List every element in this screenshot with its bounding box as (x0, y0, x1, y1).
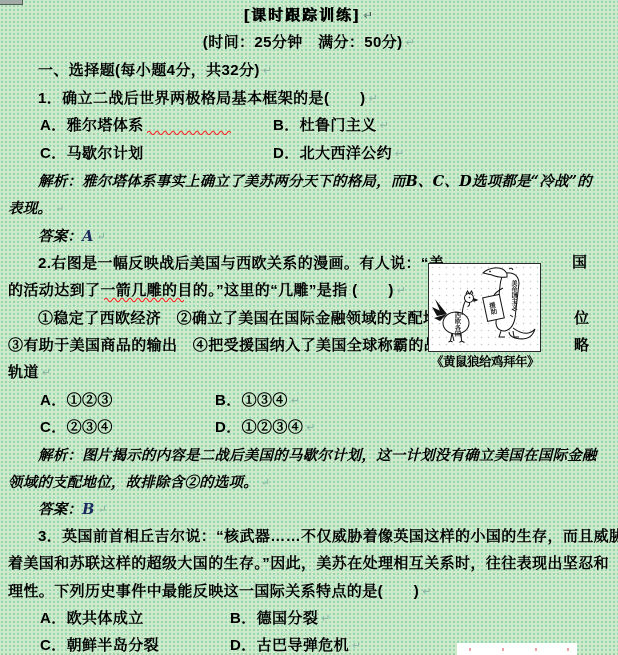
artifact-mark (567, 648, 569, 651)
window-corner-fragment (0, 0, 23, 5)
q1-stem: 1．确立二战后世界两极格局基本框架的是( )↵ (38, 89, 378, 109)
q2-stem-text-1: 2.右图是一幅反映战后美国与西欧关系的漫画。有人说：“美 (38, 255, 444, 272)
exam-title: [课时跟踪训练]↵ (0, 6, 618, 26)
q1-analysis-line-2: 表现。↵ (8, 199, 65, 219)
rooster-label: 西欧各国 (454, 311, 461, 338)
q1-option-b-text: B．杜鲁门主义 (273, 117, 377, 134)
q1-answer-value: A (82, 228, 93, 245)
artifact-mark (535, 648, 537, 651)
q3-stem-text-3: 理性。下列历史事件中最能反映这一国际关系特点的是( ) (8, 583, 419, 600)
cartoon-caption: 《黄鼠狼给鸡拜年》 (420, 352, 550, 370)
document-page: [课时跟踪训练]↵ (时间：25分钟 满分：50分)↵ 一、选择题(每小题4分，… (0, 0, 618, 655)
artifact-mark (502, 648, 504, 651)
q3-stem-text-2: 着美国和苏联这样的超级大国的生存。”因此，美苏在处理相互关系时，往往表现出坚忍和 (8, 555, 609, 572)
paragraph-mark: ↵ (369, 93, 379, 105)
q1-option-d: D．北大西洋公约↵ (273, 144, 405, 164)
q2-stem-text-2: 的活动达到了一箭几雕的目的。”这里的“几雕”是指 ( ) (8, 282, 394, 299)
q2-option-d-text: D．①②③④ (215, 419, 303, 436)
q2-stem-line-1: 2.右图是一幅反映战后美国与西欧关系的漫画。有人说：“美 (38, 254, 444, 274)
q2-analysis-text-1: 图片揭示的内容是二战后美国的马歇尔计划，这一计划没有确立美国在国际金融 (82, 447, 597, 464)
q2-option-a: A．①②③ (40, 392, 113, 409)
artifact-mark (469, 648, 471, 651)
q2-options-row-2: C．②③④ D．①②③④↵ (40, 418, 600, 438)
q2-analysis-text-2: 领域的支配地位，故排除含②的选项。 (8, 474, 258, 491)
q1-options-row-2: C．马歇尔计划 D．北大西洋公约↵ (40, 144, 600, 164)
q2-wrapped-char-2: 位 (574, 307, 589, 328)
q3-option-a: A．欧共体成立 (40, 610, 144, 627)
paragraph-mark: ↵ (97, 230, 106, 243)
q1-analysis-text-2: 表现。 (8, 200, 52, 217)
paragraph-mark: ↵ (55, 202, 64, 215)
paragraph-mark: ↵ (261, 476, 270, 489)
paragraph-mark: ↵ (306, 422, 316, 434)
q1-option-b: B．杜鲁门主义↵ (273, 116, 389, 136)
section-heading-text: 一、选择题(每小题4分，共32分) (38, 62, 260, 79)
q1-analysis-text-1: 雅尔塔体系事实上确立了美苏两分天下的格局，而B、C、D选项都是“冷战”的 (82, 173, 592, 190)
q2-wrapped-char-1: 国 (572, 251, 587, 272)
paragraph-mark: ↵ (406, 37, 416, 49)
spellcheck-squiggle (147, 129, 231, 135)
paragraph-mark: ↵ (380, 120, 390, 132)
q2-item-text-1: ①稳定了西欧经济 ②确立了美国在国际金融领域的支配地 (38, 310, 438, 327)
q2-answer-line: 答案：B↵ (38, 500, 107, 520)
q3-options-row-1: A．欧共体成立 B．德国分裂↵ (40, 609, 600, 629)
q3-option-b: B．德国分裂↵ (230, 609, 331, 629)
q1-options-row-1: A．雅尔塔体系 B．杜鲁门主义↵ (40, 116, 600, 136)
q2-analysis-line-1: 解析：图片揭示的内容是二战后美国的马歇尔计划，这一计划没有确立美国在国际金融 (38, 446, 597, 466)
q2-item-line-2: ③有助于美国商品的输出 ④把受援国纳入了美国全球称霸的战 (8, 336, 439, 356)
q2-option-b-text: B．①③④ (215, 392, 288, 409)
paragraph-mark: ↵ (321, 613, 331, 625)
q3-stem-line-2: 着美国和苏联这样的超级大国的生存。”因此，美苏在处理相互关系时，往往表现出坚忍和 (8, 554, 609, 574)
q2-option-b: B．①③④↵ (215, 391, 300, 411)
paragraph-mark: ↵ (395, 148, 405, 160)
q2-item-line-1: ①稳定了西欧经济 ②确立了美国在国际金融领域的支配地 (38, 309, 438, 329)
time-score-line: (时间：25分钟 满分：50分)↵ (0, 33, 618, 53)
q2-options-row-1: A．①②③ B．①③④↵ (40, 391, 600, 411)
q2-item-line-3: 轨道↵ (8, 363, 51, 383)
spellcheck-squiggle (104, 296, 184, 302)
q3-option-d: D．古巴导弹危机↵ (230, 636, 362, 655)
q1-analysis-line-1: 解析：雅尔塔体系事实上确立了美苏两分天下的格局，而B、C、D选项都是“冷战”的 (38, 172, 592, 192)
q3-stem-text-1: 3．英国前首相丘吉尔说：“核武器……不仅威胁着像英国这样的小国的生存，而且威胁 (38, 528, 618, 545)
weasel-label: 美帝国主义 (510, 279, 517, 311)
q2-answer-value: B (82, 501, 94, 518)
weasel-rooster-cartoon: 西欧各国 美帝国主义 援助 (429, 264, 540, 351)
q2-analysis-line-2: 领域的支配地位，故排除含②的选项。↵ (8, 473, 270, 493)
q1-stem-text: 1．确立二战后世界两极格局基本框架的是( ) (38, 90, 366, 107)
q2-item-text-3: 轨道 (8, 364, 39, 381)
q2-item-text-2: ③有助于美国商品的输出 ④把受援国纳入了美国全球称霸的战 (8, 337, 439, 354)
q2-option-d: D．①②③④↵ (215, 418, 316, 438)
q3-option-b-text: B．德国分裂 (230, 610, 318, 627)
q3-stem-line-1: 3．英国前首相丘吉尔说：“核武器……不仅威胁着像英国这样的小国的生存，而且威胁 (38, 527, 618, 547)
paragraph-mark: ↵ (422, 586, 432, 598)
q2-answer-label: 答案： (38, 501, 82, 518)
q1-option-d-text: D．北大西洋公约 (273, 145, 392, 162)
paragraph-mark: ↵ (352, 640, 362, 652)
q2-stem-line-2: 的活动达到了一箭几雕的目的。”这里的“几雕”是指 ( )↵ (8, 281, 406, 301)
q3-option-d-text: D．古巴导弹危机 (230, 637, 349, 654)
q1-answer-line: 答案：A↵ (38, 227, 106, 247)
overlapping-window-fragment (457, 643, 577, 655)
q1-option-a: A．雅尔塔体系 (40, 117, 144, 134)
paragraph-mark: ↵ (291, 395, 301, 407)
q1-option-c: C．马歇尔计划 (40, 145, 144, 162)
q3-stem-line-3: 理性。下列历史事件中最能反映这一国际关系特点的是( )↵ (8, 582, 432, 602)
q2-option-c: C．②③④ (40, 419, 113, 436)
q1-analysis-label: 解析： (38, 173, 82, 190)
paragraph-mark: ↵ (263, 65, 273, 77)
q2-wrapped-char-3: 略 (574, 334, 589, 355)
paragraph-mark: ↵ (42, 367, 52, 379)
time-score-text: (时间：25分钟 满分：50分) (203, 34, 403, 51)
q2-analysis-label: 解析： (38, 447, 82, 464)
paragraph-mark: ↵ (397, 285, 407, 297)
exam-title-text: [课时跟踪训练] (244, 7, 360, 24)
q3-option-c: C．朝鲜半岛分裂 (40, 637, 159, 654)
paragraph-mark: ↵ (363, 10, 374, 22)
paragraph-mark: ↵ (98, 503, 107, 516)
q1-answer-label: 答案： (38, 228, 82, 245)
cartoon-image[interactable]: 西欧各国 美帝国主义 援助 (428, 263, 541, 352)
section-heading: 一、选择题(每小题4分，共32分)↵ (38, 61, 272, 81)
